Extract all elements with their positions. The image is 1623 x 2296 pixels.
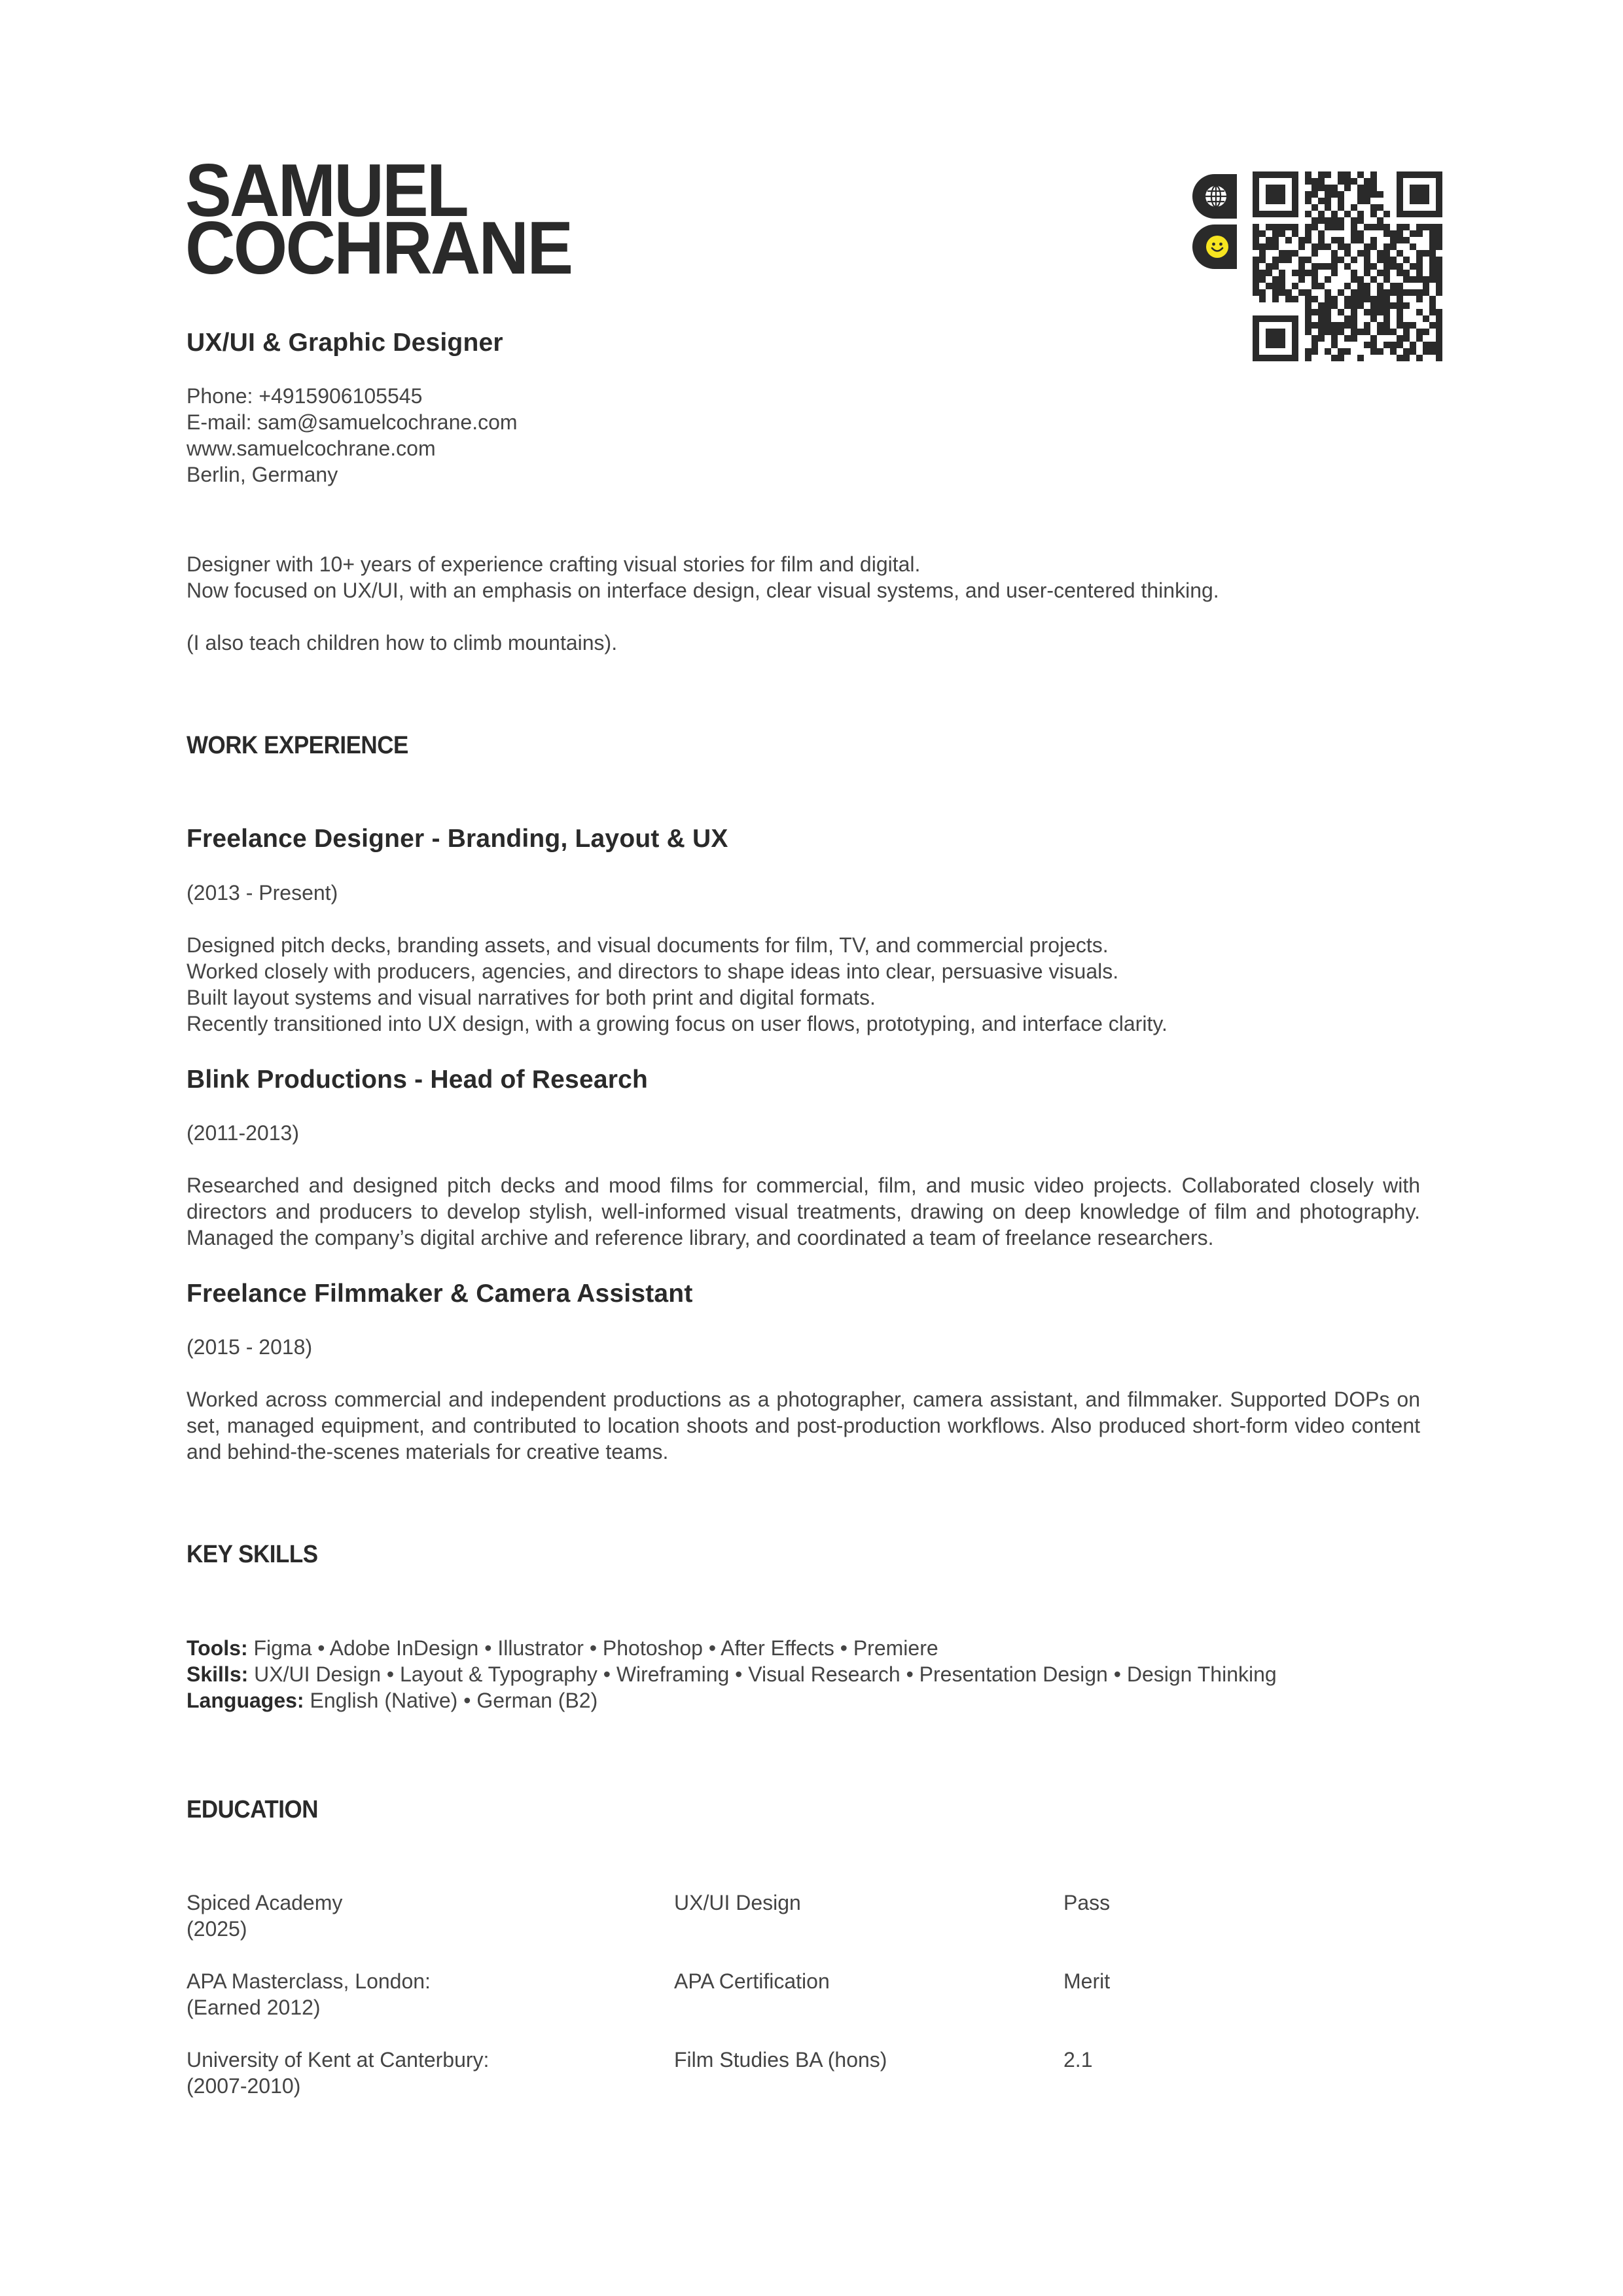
skills-skills-row: Skills: UX/UI Design • Layout & Typograp… [187, 1661, 1277, 1687]
job-dates: (2015 - 2018) [187, 1335, 312, 1359]
contact-phone: Phone: +4915906105545 [187, 383, 518, 409]
summary-line: Now focused on UX/UI, with an emphasis o… [187, 577, 1219, 603]
contact-website[interactable]: www.samuelcochrane.com [187, 435, 518, 461]
job-title: Freelance Filmmaker & Camera Assistant [187, 1280, 693, 1308]
education-institution-cell: APA Masterclass, London: (Earned 2012) [187, 1968, 671, 2020]
profile-summary: Designer with 10+ years of experience cr… [187, 551, 1219, 656]
job-title: Blink Productions - Head of Research [187, 1066, 648, 1094]
qr-code-block[interactable] [1192, 171, 1441, 361]
education-grade: Pass [1063, 1890, 1260, 1916]
education-year: (2007-2010) [187, 2073, 671, 2099]
education-institution-cell: University of Kent at Canterbury: (2007-… [187, 2047, 671, 2099]
qr-code[interactable] [1253, 171, 1442, 361]
section-title-key-skills: KEY SKILLS [187, 1541, 318, 1569]
tools-list: Figma • Adobe InDesign • Illustrator • P… [254, 1636, 938, 1660]
candidate-name: SAMUELCOCHRANE [185, 162, 571, 278]
resume-page: SAMUELCOCHRANE UX/UI & Graphic Designer … [0, 0, 1623, 2296]
education-institution-cell: Spiced Academy (2025) [187, 1890, 671, 1942]
contact-location: Berlin, Germany [187, 461, 518, 488]
skills-list: UX/UI Design • Layout & Typography • Wir… [254, 1662, 1277, 1686]
globe-icon [1204, 185, 1228, 208]
job-description: Worked across commercial and independent… [187, 1386, 1420, 1465]
education-grade: 2.1 [1063, 2047, 1260, 2073]
job-description-line: Built layout systems and visual narrativ… [187, 984, 1420, 1011]
job-description: Researched and designed pitch decks and … [187, 1172, 1420, 1251]
summary-aside: (I also teach children how to climb moun… [187, 630, 1219, 656]
section-title-work-experience: WORK EXPERIENCE [187, 732, 408, 760]
education-grade: Merit [1063, 1968, 1260, 1994]
job-description-line: Designed pitch decks, branding assets, a… [187, 932, 1420, 958]
skills-tools-row: Tools: Figma • Adobe InDesign • Illustra… [187, 1635, 1277, 1661]
tools-label: Tools: [187, 1636, 248, 1660]
globe-tab [1192, 174, 1237, 219]
summary-line: Designer with 10+ years of experience cr… [187, 551, 1219, 577]
skills-languages-row: Languages: English (Native) • German (B2… [187, 1687, 1277, 1713]
education-year: (Earned 2012) [187, 1994, 671, 2020]
job-title: Freelance Designer - Branding, Layout & … [187, 825, 728, 853]
languages-list: English (Native) • German (B2) [310, 1689, 597, 1712]
job-description: Designed pitch decks, branding assets, a… [187, 932, 1420, 1037]
education-institution: Spiced Academy [187, 1890, 671, 1916]
section-title-education: EDUCATION [187, 1796, 318, 1824]
education-institution: APA Masterclass, London: [187, 1968, 671, 1994]
name-line-2: COCHRANE [185, 207, 571, 290]
job-description-line: Worked closely with producers, agencies,… [187, 958, 1420, 984]
job-subtitle: UX/UI & Graphic Designer [187, 329, 503, 357]
smiley-icon [1205, 235, 1229, 259]
education-year: (2025) [187, 1916, 671, 1942]
education-course: UX/UI Design [674, 1890, 1054, 1916]
contact-block: Phone: +4915906105545 E-mail: sam@samuel… [187, 383, 518, 488]
languages-label: Languages: [187, 1689, 304, 1712]
job-dates: (2013 - Present) [187, 881, 338, 905]
education-course: APA Certification [674, 1968, 1054, 1994]
smiley-tab [1192, 224, 1237, 269]
contact-email[interactable]: E-mail: sam@samuelcochrane.com [187, 409, 518, 435]
skills-block: Tools: Figma • Adobe InDesign • Illustra… [187, 1635, 1277, 1713]
education-institution: University of Kent at Canterbury: [187, 2047, 671, 2073]
job-description-line: Recently transitioned into UX design, wi… [187, 1011, 1420, 1037]
education-course: Film Studies BA (hons) [674, 2047, 1054, 2073]
job-dates: (2011-2013) [187, 1121, 299, 1145]
skills-label: Skills: [187, 1662, 248, 1686]
